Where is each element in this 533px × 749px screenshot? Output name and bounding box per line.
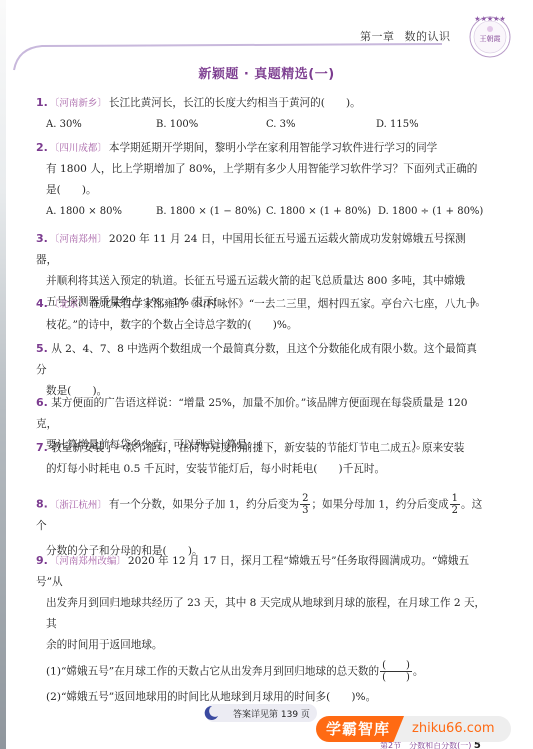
question-text-line2: 出发奔月到回归地球共经历了 23 天，其中 8 天完成从地球到月球的旅程，在月球… bbox=[36, 593, 486, 635]
fraction-denominator: 3 bbox=[302, 505, 308, 516]
question-number: 5. bbox=[36, 342, 48, 355]
option-a[interactable]: A. 1800 × 80% bbox=[46, 201, 156, 222]
question-2: 2.〔四川成都〕本学期延期开学期间，黎明小学在家利用智能学习软件进行学习的同学 … bbox=[36, 137, 486, 222]
question-source: 〔北京〕 bbox=[50, 299, 88, 310]
question-source: 〔四川成都〕 bbox=[50, 143, 107, 154]
option-c[interactable]: C. 1800 × (1 + 80%) bbox=[266, 201, 378, 222]
fraction-two-thirds: 23 bbox=[300, 493, 310, 516]
fraction-numerator: 1 bbox=[450, 493, 460, 505]
question-text-line1: 从 2、4、7、8 中选两个数组成一个最简真分数，且这个分数能化成有限小数。这个… bbox=[36, 343, 477, 376]
options-row: A. 30% B. 100% C. 3% D. 115% bbox=[36, 114, 486, 135]
question-text: 长江比黄河长，长江的长度大约相当于黄河的( )。 bbox=[109, 97, 361, 109]
question-text-line3: 是( )。 bbox=[36, 180, 486, 201]
question-source: 〔河南新乡〕 bbox=[50, 98, 107, 109]
question-number: 9. bbox=[36, 554, 48, 567]
sub1-end: 。 bbox=[413, 666, 424, 678]
question-number: 4. bbox=[36, 297, 48, 310]
question-text-line1: 教室新安装了一款节能灯，在同等亮度的前提下，新安装的节能灯节电二成五。原来安装 bbox=[51, 442, 464, 454]
option-b[interactable]: B. 1800 × (1 − 80%) bbox=[156, 201, 266, 222]
question-number: 2. bbox=[36, 141, 48, 154]
question-number: 7. bbox=[36, 441, 48, 454]
question-number: 6. bbox=[36, 396, 48, 409]
question-number: 3. bbox=[36, 232, 48, 245]
fraction-denominator-blank: ( ) bbox=[382, 672, 410, 683]
question-text-line2: 并顺利将其送入预定的轨道。长征五号遥五运载火箭的起飞总质量达 800 多吨，其中… bbox=[36, 271, 486, 292]
sub1-text: (1)“嫦娥五号”在月球工作的天数占它从出发奔月到回归地球的总天数的 bbox=[46, 666, 379, 678]
chapter-label: 第一章 bbox=[360, 30, 395, 43]
question-text-line3: 余的时间用于返回地球。 bbox=[36, 635, 486, 656]
question-text-line2: 枝花。”的诗中，数字的个数占全诗总字数的( )%。 bbox=[36, 315, 486, 336]
svg-text:王朝霞: 王朝霞 bbox=[480, 34, 501, 43]
question-4: 4.〔北京〕在北宋哲学家邵雍的《山村咏怀》“一去二三里，烟村四五家。亭台六七座，… bbox=[36, 293, 486, 336]
watermark-banner[interactable]: 学霸智库 zhiku66.com bbox=[316, 716, 511, 742]
section-title: 新颖题 · 真题精选(一) bbox=[0, 63, 533, 82]
chapter-header: 第一章数的认识 bbox=[360, 28, 461, 44]
question-1: 1.〔河南新乡〕长江比黄河长，长江的长度大约相当于黄河的( )。 A. 30% … bbox=[36, 92, 486, 135]
option-c[interactable]: C. 3% bbox=[266, 114, 376, 135]
question-text-line1: 某方便面的广告语这样说：“增量 25%，加量不加价。”该品牌方便面现在每袋质量是… bbox=[36, 397, 467, 430]
crescent-moon-icon bbox=[203, 705, 219, 721]
watermark-domain: zhiku66.com bbox=[394, 716, 511, 742]
question-text-line1: 本学期延期开学期间，黎明小学在家利用智能学习软件进行学习的同学 bbox=[109, 142, 437, 154]
question-text-line1: 在北宋哲学家邵雍的《山村咏怀》“一去二三里，烟村四五家。亭台六七座，八九十 bbox=[90, 298, 477, 310]
fraction-denominator: 2 bbox=[452, 505, 458, 516]
option-d[interactable]: D. 1800 ÷ (1 + 80%) bbox=[378, 201, 483, 222]
question-number: 8. bbox=[36, 498, 48, 511]
question-source: 〔河南郑州改编〕 bbox=[50, 556, 126, 567]
question-text-line2: 的灯每小时耗电 0.5 千瓦时，安装节能灯后，每小时耗电( )千瓦时。 bbox=[36, 459, 486, 480]
options-row: A. 1800 × 80% B. 1800 × (1 − 80%) C. 180… bbox=[36, 201, 486, 222]
option-a[interactable]: A. 30% bbox=[46, 114, 156, 135]
question-9: 9.〔河南郑州改编〕2020 年 12 月 17 日，探月工程“嫦娥五号”任务取… bbox=[36, 550, 486, 708]
watermark-brand: 学霸智库 bbox=[316, 716, 404, 742]
question-text-line2: 有 1800 人，比上学期增加了 80%，上学期有多少人用智能学习软件学习？下面… bbox=[36, 159, 486, 180]
question-7: 7. 教室新安装了一款节能灯，在同等亮度的前提下，新安装的节能灯节电二成五。原来… bbox=[36, 437, 486, 480]
answer-reference: 答案详见第 139 页 bbox=[205, 704, 317, 722]
option-d[interactable]: D. 115% bbox=[376, 114, 419, 135]
fraction-numerator-blank: ( ) bbox=[380, 660, 412, 672]
scan-edge-shadow bbox=[0, 0, 6, 749]
fraction-one-half: 12 bbox=[450, 493, 460, 516]
sub-question-1: (1)“嫦娥五号”在月球工作的天数占它从出发奔月到回归地球的总天数的( )( )… bbox=[36, 660, 486, 683]
author-badge-icon: ★★★★★ 王朝霞 bbox=[465, 12, 515, 60]
svg-text:★★★★★: ★★★★★ bbox=[474, 15, 505, 23]
chapter-title: 数的认识 bbox=[405, 30, 451, 43]
question-text-a: 有一个分数，如果分子加 1，约分后变为 bbox=[109, 499, 299, 511]
question-text-b: ；如果分母加 1，约分后变成 bbox=[311, 499, 448, 511]
question-source: 〔浙江杭州〕 bbox=[50, 500, 107, 511]
answer-ref-text: 答案详见第 139 页 bbox=[233, 707, 310, 720]
answer-fraction-blank: ( )( ) bbox=[380, 660, 412, 683]
page-footer-section: 第2节 分数和百分数(一) bbox=[380, 741, 471, 749]
fraction-numerator: 2 bbox=[300, 493, 310, 505]
question-source: 〔河南郑州〕 bbox=[50, 234, 107, 245]
question-number: 1. bbox=[36, 96, 48, 109]
option-b[interactable]: B. 100% bbox=[156, 114, 266, 135]
